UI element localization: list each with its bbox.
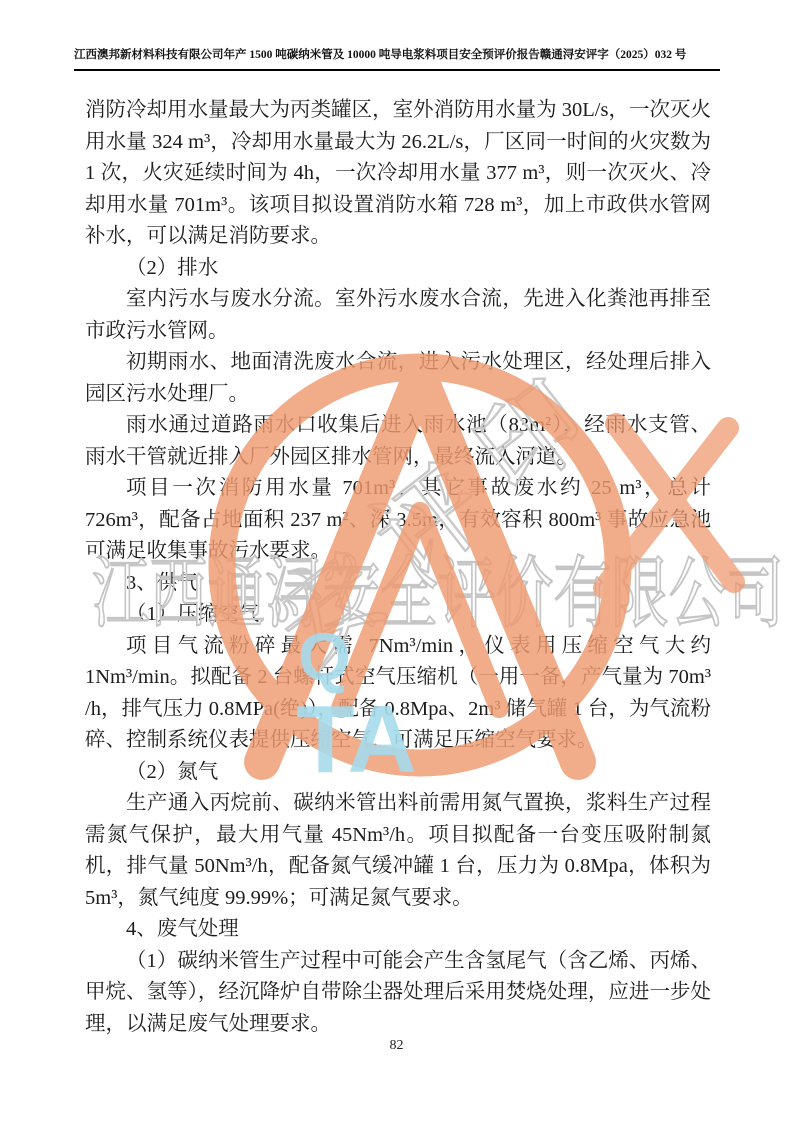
- paragraph: 雨水通过道路雨水口收集后进入雨水池（83m²），经雨水支管、雨水干管就近排入厂外…: [85, 410, 711, 473]
- paragraph: 初期雨水、地面清洗废水合流，进入污水处理区，经处理后排入园区污水处理厂。: [85, 347, 711, 410]
- paragraph: 项目一次消防用水量 701m³，其它事故废水约 25 m³，总计 726m³，配…: [85, 473, 711, 568]
- paragraph: 项目气流粉碎最大需 7Nm³/min，仪表用压缩空气大约 1Nm³/min。拟配…: [85, 631, 711, 757]
- page-header: 江西澳邦新材料科技有限公司年产 1500 吨碳纳米管及 10000 吨导电浆料项…: [74, 46, 720, 71]
- body-paragraphs: 消防冷却用水量最大为丙类罐区，室外消防用水量为 30L/s，一次灭火用水量 32…: [85, 95, 711, 1040]
- section-heading: （1）压缩空气: [85, 599, 711, 631]
- page-number: 82: [0, 1038, 793, 1054]
- section-heading: 4、废气处理: [85, 914, 711, 946]
- section-heading: 3、供气: [85, 568, 711, 600]
- section-heading: （2）排水: [85, 253, 711, 285]
- document-page: 江西澳邦新材料科技有限公司年产 1500 吨碳纳米管及 10000 吨导电浆料项…: [0, 0, 793, 1122]
- section-heading: （2）氮气: [85, 757, 711, 789]
- paragraph: 生产通入丙烷前、碳纳米管出料前需用氮气置换，浆料生产过程需氮气保护，最大用气量 …: [85, 788, 711, 914]
- paragraph: 消防冷却用水量最大为丙类罐区，室外消防用水量为 30L/s，一次灭火用水量 32…: [85, 95, 711, 253]
- paragraph: 室内污水与废水分流。室外污水废水合流，先进入化粪池再排至市政污水管网。: [85, 284, 711, 347]
- paragraph: （1）碳纳米管生产过程中可能会产生含氢尾气（含乙烯、丙烯、甲烷、氢等），经沉降炉…: [85, 946, 711, 1041]
